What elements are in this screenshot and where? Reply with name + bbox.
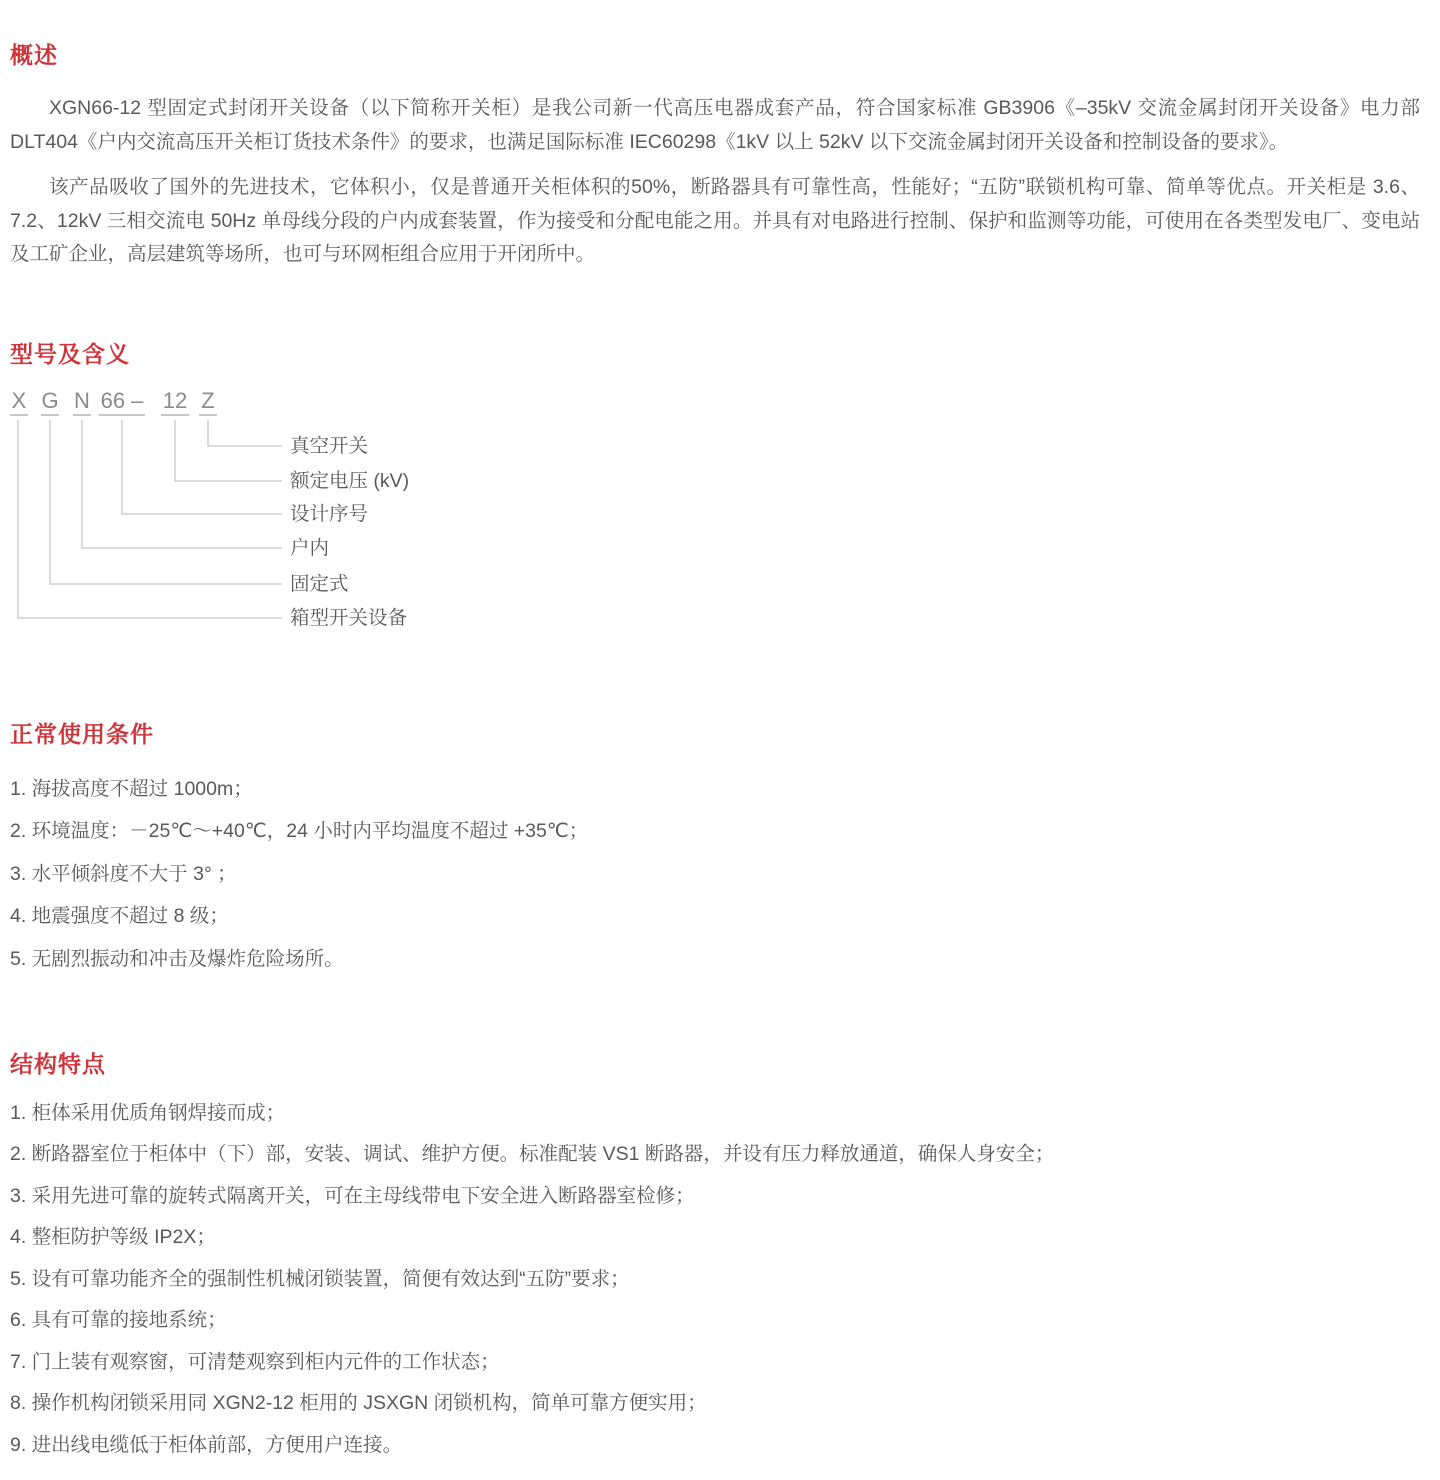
model-label-indoor: 户内 xyxy=(290,536,329,560)
feature-item: 2. 断路器室位于柜体中（下）部，安装、调试、维护方便。标准配装 VS1 断路器… xyxy=(10,1144,1420,1165)
overview-heading: 概述 xyxy=(10,0,1420,70)
model-label-fixed-type: 固定式 xyxy=(290,572,349,596)
model-designation-diagram: X G N 66 – 12 Z 真空开关 额定电压 (kV) 设计序号 户内 固… xyxy=(10,389,770,647)
conditions-heading: 正常使用条件 xyxy=(10,719,1420,749)
feature-item: 7. 门上装有观察窗，可清楚观察到柜内元件的工作状态； xyxy=(10,1352,1420,1373)
condition-item: 3. 水平倾斜度不大于 3° ； xyxy=(10,864,1420,885)
features-heading: 结构特点 xyxy=(10,1049,1420,1079)
feature-item: 3. 采用先进可靠的旋转式隔离开关，可在主母线带电下安全进入断路器室检修； xyxy=(10,1186,1420,1207)
feature-item: 4. 整柜防护等级 IP2X； xyxy=(10,1227,1420,1248)
conditions-list: 1. 海拔高度不超过 1000m； 2. 环境温度：－25℃～+40℃，24 小… xyxy=(10,779,1420,970)
model-heading: 型号及含义 xyxy=(10,339,1420,369)
condition-item: 2. 环境温度：－25℃～+40℃，24 小时内平均温度不超过 +35℃； xyxy=(10,821,1420,842)
feature-item: 1. 柜体采用优质角钢焊接而成； xyxy=(10,1103,1420,1124)
catalog-page: 概述 XGN66-12 型固定式封闭开关设备（以下简称开关柜）是我公司新一代高压… xyxy=(0,0,1440,1480)
features-list: 1. 柜体采用优质角钢焊接而成； 2. 断路器室位于柜体中（下）部，安装、调试、… xyxy=(10,1103,1420,1456)
overview-paragraph-2: 该产品吸收了国外的先进技术，它体积小，仅是普通开关柜体积的50%，断路器具有可靠… xyxy=(10,171,1420,272)
feature-item: 6. 具有可靠的接地系统； xyxy=(10,1310,1420,1331)
feature-item: 5. 设有可靠功能齐全的强制性机械闭锁装置，简便有效达到“五防”要求； xyxy=(10,1269,1420,1290)
condition-item: 5. 无剧烈振动和冲击及爆炸危险场所。 xyxy=(10,949,1420,970)
model-label-box-switchgear: 箱型开关设备 xyxy=(290,606,407,630)
condition-item: 1. 海拔高度不超过 1000m； xyxy=(10,779,1420,800)
model-label-rated-voltage: 额定电压 (kV) xyxy=(290,469,409,493)
condition-item: 4. 地震强度不超过 8 级； xyxy=(10,906,1420,927)
model-label-design-serial: 设计序号 xyxy=(290,502,368,526)
overview-paragraph-1: XGN66-12 型固定式封闭开关设备（以下简称开关柜）是我公司新一代高压电器成… xyxy=(10,92,1420,159)
feature-item: 9. 进出线电缆低于柜体前部，方便用户连接。 xyxy=(10,1435,1420,1456)
model-label-vacuum-switch: 真空开关 xyxy=(290,434,368,458)
connector-lines xyxy=(10,389,300,647)
feature-item: 8. 操作机构闭锁采用同 XGN2-12 柜用的 JSXGN 闭锁机构，简单可靠… xyxy=(10,1393,1420,1414)
